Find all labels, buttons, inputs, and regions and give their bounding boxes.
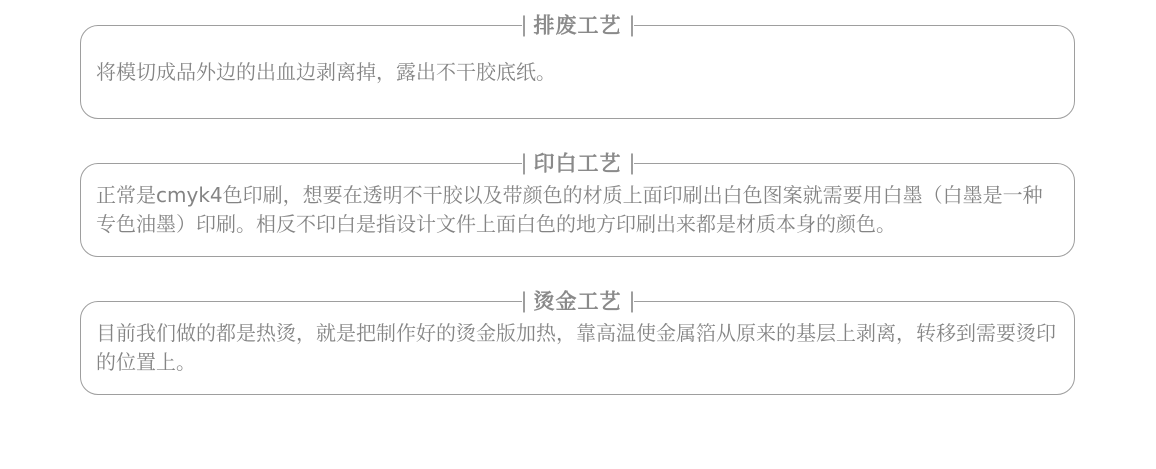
section-title-hot-stamping: 烫金工艺 bbox=[522, 290, 634, 313]
title-tick-left bbox=[523, 154, 525, 175]
section-hot-stamping-process: 烫金工艺 目前我们做的都是热烫，就是把制作好的烫金版加热，靠高温使金属箔从原来的… bbox=[80, 301, 1075, 395]
title-tick-left bbox=[523, 292, 525, 313]
section-title-text: 烫金工艺 bbox=[534, 290, 622, 313]
section-body-text: 正常是cmyk4色印刷，想要在透明不干胶以及带颜色的材质上面印刷出白色图案就需要… bbox=[96, 181, 1058, 239]
section-title-white-print: 印白工艺 bbox=[522, 152, 634, 175]
section-white-print-process: 印白工艺 正常是cmyk4色印刷，想要在透明不干胶以及带颜色的材质上面印刷出白色… bbox=[80, 163, 1075, 257]
title-tick-right bbox=[631, 16, 633, 37]
section-title-text: 排废工艺 bbox=[534, 14, 622, 37]
section-title-text: 印白工艺 bbox=[534, 152, 622, 175]
section-waste-removal-process: 排废工艺 将模切成品外边的出血边剥离掉，露出不干胶底纸。 bbox=[80, 25, 1075, 119]
section-body-text: 目前我们做的都是热烫，就是把制作好的烫金版加热，靠高温使金属箔从原来的基层上剥离… bbox=[96, 319, 1058, 377]
title-tick-right bbox=[631, 154, 633, 175]
section-body-text: 将模切成品外边的出血边剥离掉，露出不干胶底纸。 bbox=[96, 58, 1058, 87]
title-tick-right bbox=[631, 292, 633, 313]
section-title-waste-removal: 排废工艺 bbox=[522, 14, 634, 37]
process-info-page: 排废工艺 将模切成品外边的出血边剥离掉，露出不干胶底纸。 印白工艺 正常是cmy… bbox=[0, 0, 1156, 469]
title-tick-left bbox=[523, 16, 525, 37]
